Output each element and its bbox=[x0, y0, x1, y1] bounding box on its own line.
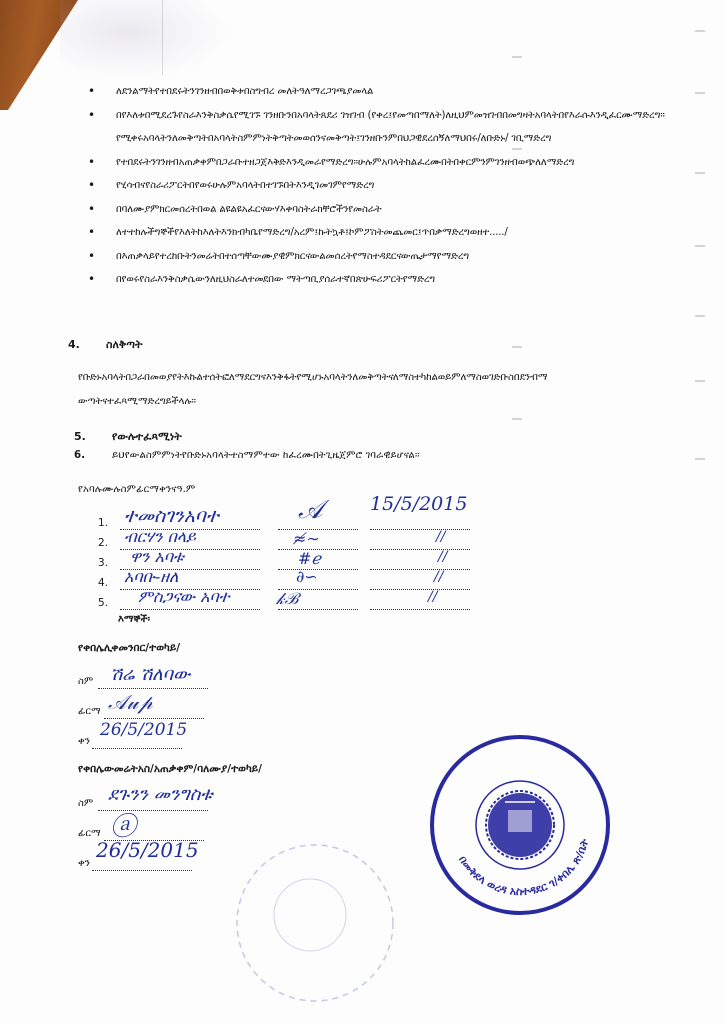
receiver-office-name: ደጉንን መንግስቱ bbox=[108, 784, 213, 805]
signature-mark: 𝒜 bbox=[298, 495, 323, 526]
list-item: በእጠቃላይየተረከቡትንመሬትበተሰጣቸውሙያዊምክርናውልመሰረትየማስተዳ… bbox=[88, 245, 678, 269]
official-stamp: በመቅደላ ወረዳ አስተዳደር ገ/ቀበሌ ጽ/ቤት bbox=[425, 730, 615, 920]
list-item: የተበደሩትንገንዘብአጠቃቀምበጋራቡተዘጋጀእቅድእንዲመራየማድረግ፡፡ሁ… bbox=[88, 151, 678, 175]
signature-label: ፊርማ bbox=[78, 706, 101, 717]
date-label: ቀን bbox=[78, 736, 90, 747]
list-item: በየወሩየስራእንቅስቃሴውንለዚህስራለተመደበው ማትጣቢያሰራተኛበጽሁፍ… bbox=[88, 268, 678, 292]
section-4-line-1: የቡድኑአባላትበጋራበመወያየትእኩልተሰትፎለማደርግናእንቅፋትየሚሆኑአ… bbox=[78, 366, 678, 390]
section-4-heading: 4.ስለቅጣት bbox=[68, 338, 142, 352]
name-label: ስም bbox=[78, 798, 93, 809]
receiver-committee-title: የቀበሌሊቀመንበር/ተወካይ/ bbox=[78, 642, 180, 655]
sign-date: // bbox=[428, 589, 437, 605]
signature-mark: 𝓀ℬ bbox=[276, 589, 298, 609]
receiver-committee-date: 26/5/2015 bbox=[100, 720, 187, 740]
signatory-name: ብርሃን በላይ bbox=[124, 527, 196, 547]
witnesses-label: እማኞች፡ bbox=[118, 614, 150, 625]
section-4-body: የቡድኑአባላትበጋራበመወያየትእኩልተሰትፎለማደርግናእንቅፋትየሚሆኑአ… bbox=[78, 366, 678, 414]
list-item: በየእለቱበሚደረጉየስራእንቅስቃሴየሚገኙ ገንዘቡንበአባላትጸደሪ ገዝ… bbox=[88, 104, 678, 151]
signatory-name: ምስጋናው አባተ bbox=[138, 587, 229, 607]
signature-mark: #ℯ bbox=[298, 549, 321, 568]
list-item: የሂሳብናየስራሪፖርትበየወሩሁሉምአባላትበተገኙበትእንዲገመገምየማድረ… bbox=[88, 174, 678, 198]
signatory-name: ዋን አባቱ bbox=[130, 547, 184, 567]
signature-mark: ∂∽ bbox=[296, 567, 318, 586]
list-item: በባለሙያምክርመሰረትበወል ልዩልዩአፈርናውሃእቀባስትራክቸሮችንየመስ… bbox=[88, 198, 678, 222]
signatory-row: 5. ምስጋናው አባተ 𝓀ℬ // bbox=[98, 595, 478, 613]
receiver-committee-signature: 𝒜𝓊𝓅 bbox=[108, 690, 152, 714]
signature-mark: ≉∼ bbox=[293, 529, 320, 548]
signatories-title: የአባሉሙሉስምፊርማቀንናዓ.ም bbox=[78, 484, 195, 496]
page-shadow bbox=[60, 0, 230, 80]
section-4-line-2: ውጣትናተፈጻሚማድረግይችላሉ፡፡ bbox=[78, 390, 678, 414]
signatory-name: ተመስገንአባተ bbox=[124, 505, 219, 527]
sign-date: // bbox=[434, 569, 443, 585]
section-6-text: 6.ይህየውልስምምነትየቡድኑአባላትተስማምተው ከፈረሙበትጊዜጀምሮ ገ… bbox=[74, 450, 420, 462]
sign-date: 15/5/2015 bbox=[370, 493, 467, 515]
section-5-heading: 5.የውሉተፈጻሚነት bbox=[74, 430, 182, 444]
faint-stamp bbox=[225, 835, 405, 1010]
sign-date: // bbox=[438, 549, 447, 565]
list-item: ለተተከሉችግኞችየእለትከእለትእንክብካቤየማድረግ/አረም፤ኩትኳቶ፤ኮም… bbox=[88, 221, 678, 245]
date-label: ቀን bbox=[78, 858, 90, 869]
list-item: ለደንልማትየተበደሩትንገንዘብበወቅቱበስግብረ መለትዓለማረጋገጫያመላ… bbox=[88, 80, 678, 104]
receiver-office-title: የቀበሌውመሬትአስ/አጠቃቀም/ባለሙያ/ተወካይ/ bbox=[78, 763, 262, 776]
page-fold bbox=[162, 0, 163, 75]
sign-date: // bbox=[436, 529, 445, 545]
obligations-list: ለደንልማትየተበደሩትንገንዘብበወቅቱበስግብረ መለትዓለማረጋገጫያመላ… bbox=[88, 80, 678, 292]
name-label: ስም bbox=[78, 676, 93, 687]
receiver-office-date: 26/5/2015 bbox=[96, 838, 199, 862]
receiver-committee-name: ሽሬ ሽለባው bbox=[110, 664, 190, 685]
signatory-name: አባቡ-ዘለ bbox=[124, 567, 178, 587]
